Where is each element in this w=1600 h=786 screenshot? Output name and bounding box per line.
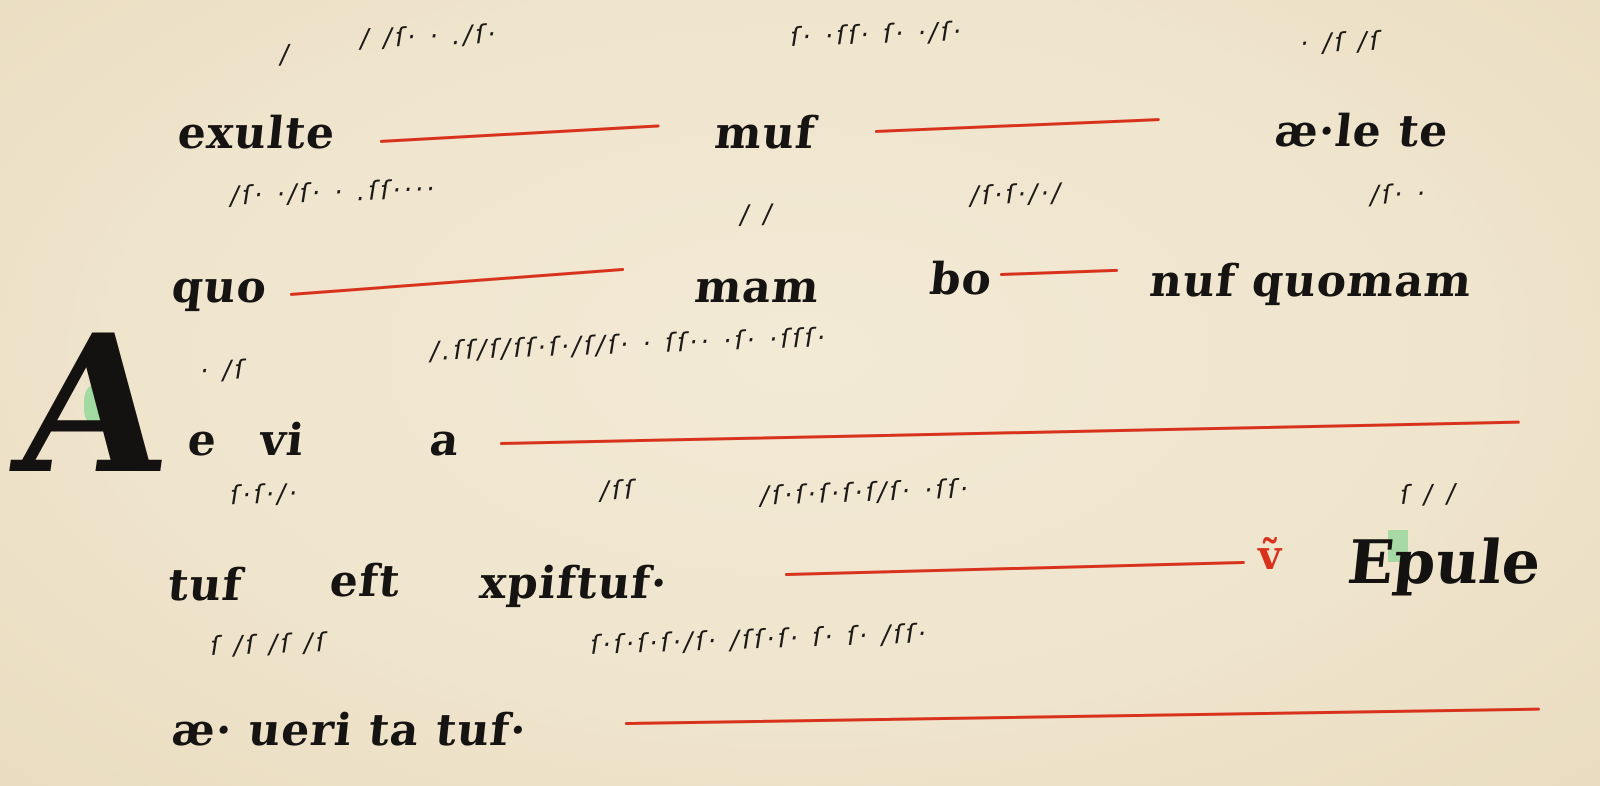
rubric-line <box>875 118 1160 133</box>
neume-group: ſ / / <box>1399 479 1458 511</box>
rubric-line <box>625 708 1540 725</box>
neume-group: /ſ· ·/ſ· · .ſſ···· <box>230 174 438 211</box>
lyric-word: tuf <box>165 560 245 611</box>
versus-rubric-icon: ṽ <box>1258 532 1281 579</box>
lyric-word: vi <box>257 415 307 466</box>
neume-group: ſ· ·ſſ· ſ· ·/ſ· <box>790 17 965 53</box>
lyric-word: e <box>185 415 219 466</box>
lyric-word: æ·le te <box>1272 106 1451 157</box>
lyric-word: a <box>427 415 462 466</box>
lyric-word: eft <box>327 556 403 607</box>
lyric-word: quo <box>169 262 269 313</box>
neume-group: ſ·ſ·ſ·ſ·/ſ· /ſſ·ſ· ſ· ſ· /ſſ· <box>590 619 930 661</box>
capital-word: Epule <box>1344 528 1544 598</box>
rubric-line <box>290 268 624 296</box>
lyric-word: xpiftuf· <box>477 558 670 609</box>
neume-group: / /ſ· · ./ſ· <box>360 20 499 55</box>
lyric-word: muf <box>712 108 818 159</box>
neume-group: /ſ·ſ·ſ·ſ·ſ/ſ· ·ſſ· <box>760 474 972 511</box>
lyric-word: bo <box>927 254 994 305</box>
neume-group: ſ·ſ·/· <box>229 479 300 511</box>
neume-group: /.ſſ/ſ/ſſ·ſ·/ſ/ſ· · ſſ·· ·ſ· ·ſſſ· <box>430 323 829 367</box>
neume-group: · /ſ <box>199 355 246 387</box>
rubric-line <box>785 561 1245 576</box>
neume-group: / / <box>739 199 775 230</box>
neume-group: /ſ·ſ·/·/ <box>970 178 1064 211</box>
decorated-initial: A <box>7 310 181 500</box>
lyric-word: nuf quomam <box>1147 256 1474 307</box>
neume-group: /ſſ <box>599 475 636 506</box>
lyric-word: exulte <box>175 108 338 159</box>
rubric-line <box>500 421 1520 445</box>
neume-group: ſ /ſ /ſ /ſ <box>210 628 329 662</box>
rubric-line <box>380 124 660 143</box>
neume-group: /ſ· · <box>1369 179 1428 211</box>
neume-group: · /ſ /ſ <box>1300 27 1383 60</box>
neume-group: / <box>279 40 292 70</box>
lyric-word: æ· ueri ta tuf· <box>169 705 529 756</box>
manuscript-page: / / /ſ· · ./ſ· ſ· ·ſſ· ſ· ·/ſ· · /ſ /ſ e… <box>0 0 1600 786</box>
rubric-line <box>1000 269 1118 276</box>
lyric-word: mam <box>692 262 822 313</box>
